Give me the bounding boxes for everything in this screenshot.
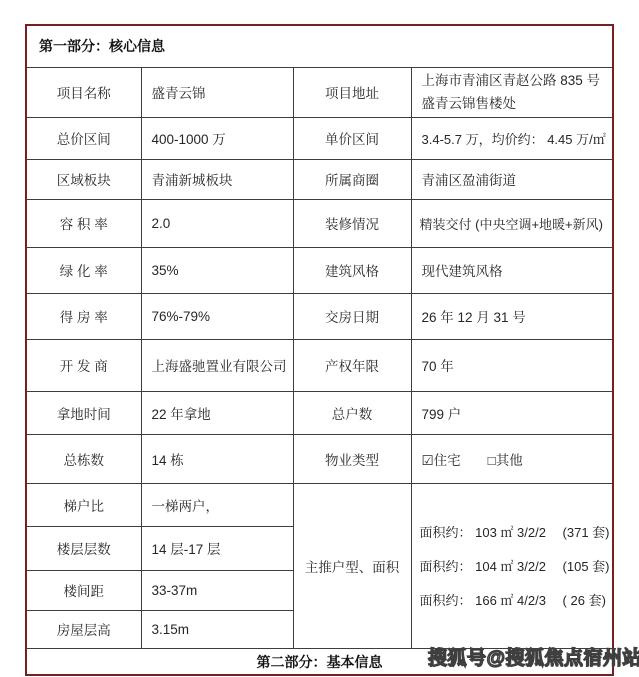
label-business-area: 所属商圈: [293, 159, 411, 199]
table-row: 容 积 率 2.0 装修情况 精装交付 (中央空调+地暖+新风): [26, 199, 613, 247]
label-unit-price-range: 单价区间: [293, 117, 411, 159]
value-ceiling-height: 3.15m: [141, 610, 293, 648]
sohu-watermark: 搜狐号@搜狐焦点宿州站: [428, 643, 639, 670]
value-floor-count: 14 层-17 层: [141, 526, 293, 570]
value-unit-price-range: 3.4-5.7 万，均价约： 4.45 万/㎡: [411, 117, 613, 159]
table-row: 梯户比 一梯两户， 主推户型、面积 面积约： 103 ㎡ 3/2/2 (371 …: [26, 483, 613, 526]
value-business-area: 青浦区盈浦街道: [411, 159, 613, 199]
label-property-type: 物业类型: [293, 434, 411, 483]
label-main-unit-types: 主推户型、面积: [293, 483, 411, 648]
label-greening-rate: 绿 化 率: [26, 247, 141, 293]
label-total-buildings: 总栋数: [26, 434, 141, 483]
label-property-right-years: 产权年限: [293, 339, 411, 391]
label-project-name: 项目名称: [26, 67, 141, 117]
value-project-name: 盛青云锦: [141, 67, 293, 117]
table-row: 区域板块 青浦新城板块 所属商圈 青浦区盈浦街道: [26, 159, 613, 199]
label-ceiling-height: 房屋层高: [26, 610, 141, 648]
label-usable-area-rate: 得 房 率: [26, 293, 141, 339]
label-building-spacing: 楼间距: [26, 570, 141, 610]
value-developer: 上海盛驰置业有限公司: [141, 339, 293, 391]
unit-type-lines: 面积约： 103 ㎡ 3/2/2 (371 套) 面积约： 104 ㎡ 3/2/…: [420, 522, 612, 609]
value-decoration: 精装交付 (中央空调+地暖+新风): [411, 199, 613, 247]
label-architecture-style: 建筑风格: [293, 247, 411, 293]
value-total-households: 799 户: [411, 391, 613, 434]
value-property-right-years: 70 年: [411, 339, 613, 391]
core-info-table: 第一部分：核心信息 项目名称 盛青云锦 项目地址 上海市青浦区青赵公路 835 …: [25, 24, 614, 676]
label-floor-count: 楼层层数: [26, 526, 141, 570]
value-project-address: 上海市青浦区青赵公路 835 号 盛青云锦售楼处: [411, 67, 613, 117]
label-land-acquired: 拿地时间: [26, 391, 141, 434]
value-building-spacing: 33-37m: [141, 570, 293, 610]
table-row: 总栋数 14 栋 物业类型 ☑住宅 □其他: [26, 434, 613, 483]
value-total-price-range: 400-1000 万: [141, 117, 293, 159]
value-plot-ratio: 2.0: [141, 199, 293, 247]
value-architecture-style: 现代建筑风格: [411, 247, 613, 293]
value-land-acquired: 22 年拿地: [141, 391, 293, 434]
value-total-buildings: 14 栋: [141, 434, 293, 483]
label-total-households: 总户数: [293, 391, 411, 434]
value-main-unit-types: 面积约： 103 ㎡ 3/2/2 (371 套) 面积约： 104 ㎡ 3/2/…: [411, 483, 613, 648]
section1-title: 第一部分：核心信息: [26, 25, 613, 67]
table-row: 项目名称 盛青云锦 项目地址 上海市青浦区青赵公路 835 号 盛青云锦售楼处: [26, 67, 613, 117]
label-project-address: 项目地址: [293, 67, 411, 117]
label-developer: 开 发 商: [26, 339, 141, 391]
label-total-price-range: 总价区间: [26, 117, 141, 159]
value-district: 青浦新城板块: [141, 159, 293, 199]
label-plot-ratio: 容 积 率: [26, 199, 141, 247]
table-row: 绿 化 率 35% 建筑风格 现代建筑风格: [26, 247, 613, 293]
unit-type-line: 面积约： 103 ㎡ 3/2/2 (371 套): [420, 522, 612, 541]
value-usable-area-rate: 76%-79%: [141, 293, 293, 339]
value-delivery-date: 26 年 12 月 31 号: [411, 293, 613, 339]
label-district: 区域板块: [26, 159, 141, 199]
table-row: 开 发 商 上海盛驰置业有限公司 产权年限 70 年: [26, 339, 613, 391]
label-elevator-ratio: 梯户比: [26, 483, 141, 526]
table-row: 拿地时间 22 年拿地 总户数 799 户: [26, 391, 613, 434]
table-row: 得 房 率 76%-79% 交房日期 26 年 12 月 31 号: [26, 293, 613, 339]
info-sheet: 第一部分：核心信息 项目名称 盛青云锦 项目地址 上海市青浦区青赵公路 835 …: [25, 24, 614, 676]
label-delivery-date: 交房日期: [293, 293, 411, 339]
value-greening-rate: 35%: [141, 247, 293, 293]
label-decoration: 装修情况: [293, 199, 411, 247]
unit-type-line: 面积约： 104 ㎡ 3/2/2 (105 套): [420, 556, 612, 575]
table-row: 总价区间 400-1000 万 单价区间 3.4-5.7 万，均价约： 4.45…: [26, 117, 613, 159]
value-property-type-checkboxes: ☑住宅 □其他: [411, 434, 613, 483]
unit-type-line: 面积约： 166 ㎡ 4/2/3 ( 26 套): [420, 590, 612, 609]
value-elevator-ratio: 一梯两户，: [141, 483, 293, 526]
section1-header-row: 第一部分：核心信息: [26, 25, 613, 67]
